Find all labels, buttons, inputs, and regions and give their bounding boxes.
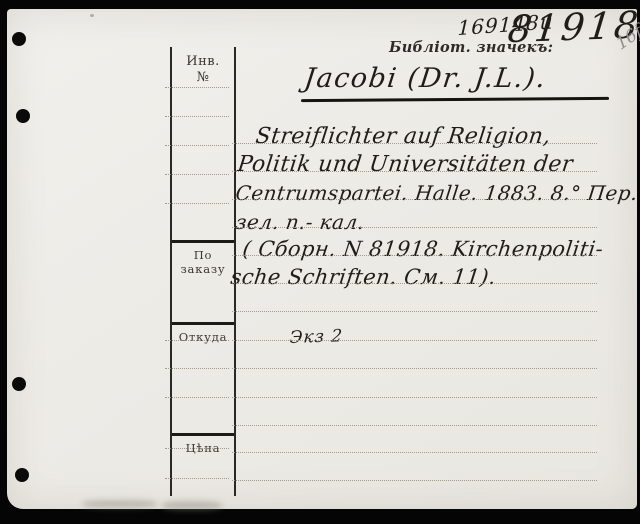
column-ruled-line [165,87,229,88]
ruled-line [232,397,597,398]
author-heading: Jacobi (Dr. J.L.). [303,65,548,92]
ruled-line [232,199,597,200]
inventory-label: Инв. № [172,54,234,87]
column-ruled-line [165,368,229,369]
scanned-catalog-card-photo: Инв. № По заказу Откуда Цѣна Библіот. зн… [0,0,640,524]
title-line-3: Centrumspartei. Halle. 1883. 8.° Пер. [235,183,639,203]
column-ruled-line [165,116,229,117]
scan-smudge [82,500,157,508]
column-ruled-line [165,145,229,146]
copy-number-note: Экз 2 [289,328,344,347]
column-section-origin: Откуда [172,322,234,433]
ruled-line [232,143,597,144]
punch-hole [16,109,30,123]
punch-hole [12,32,26,46]
binding-note-line: зел. п.- кал. [235,212,366,232]
column-ruled-line [165,174,229,175]
author-underline-stroke [301,97,609,102]
column-ruled-line [165,448,229,449]
ruled-line [232,283,597,284]
ruled-line [232,452,597,453]
column-ruled-line [165,203,229,204]
origin-label: Откуда [172,330,234,344]
ruled-line [232,425,597,426]
catalog-card: Инв. № По заказу Откуда Цѣна Библіот. зн… [7,9,637,509]
series-note-line-2: sche Schriften. См. 11). [229,267,497,288]
ruled-line [232,480,597,481]
title-line-2: Politik und Universitäten der [236,154,574,176]
column-section-price: Цѣна [172,433,234,496]
inventory-label-line1: Инв. [172,54,234,70]
title-line-1: Streiflichter auf Religion, [254,126,552,148]
scan-speck [90,14,94,17]
ruled-line [232,311,597,312]
ruled-line [232,340,597,341]
scan-smudge [162,501,222,510]
ruled-line [232,255,597,256]
column-ruled-line [165,397,229,398]
punch-hole [12,377,26,391]
ruled-line [232,368,597,369]
ruled-line [232,171,597,172]
punch-hole [15,468,29,482]
by-order-label: По заказу [172,248,234,277]
column-section-by-order: По заказу [172,240,234,322]
series-note-line-1: ( Сборн. N 81918. Kirchenpoliti- [241,239,604,260]
inventory-label-line2: № [172,70,234,86]
column-ruled-line [165,478,229,479]
ledger-column: Инв. № По заказу Откуда Цѣна [170,47,236,496]
column-ruled-line [165,340,229,341]
column-section-inventory: Инв. № [172,47,234,240]
ruled-line [232,227,597,228]
